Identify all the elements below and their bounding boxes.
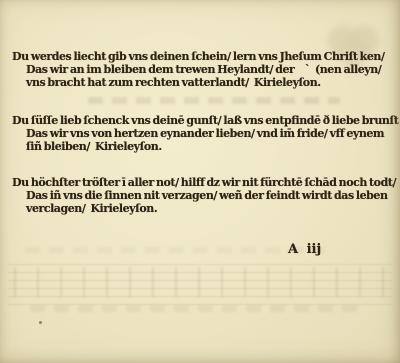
- stanza-line: ſiñ bleiben/ Kirieleyſon.: [12, 140, 394, 153]
- stanza-line: Du werdes liecht gib vns deinen ſchein/ …: [12, 50, 394, 63]
- stanza-line: Das iñ vns die ſinnen nit verzagen/ weñ …: [12, 189, 394, 202]
- music-stave-showthrough: [8, 264, 392, 310]
- stave-lines: [8, 264, 392, 310]
- hymn-stanza-3: Du höchſter tröſter ī aller not/ hilff d…: [12, 176, 394, 215]
- stanza-line: verclagen/ Kirieleyſon.: [12, 202, 394, 215]
- stanza-line: Du höchſter tröſter ī aller not/ hilff d…: [12, 176, 394, 189]
- stanza-line: vns bracht hat zum rechten vatterlandt/ …: [12, 76, 394, 89]
- showthrough-text-line: [88, 97, 340, 104]
- showthrough-text-line: [30, 305, 360, 312]
- stanza-line: Das wir an im bleiben dem trewen Heyland…: [12, 63, 394, 76]
- page: Du werdes liecht gib vns deinen ſchein/ …: [0, 0, 400, 363]
- showthrough-segments: [25, 247, 325, 253]
- showthrough-segments: [30, 305, 360, 312]
- stanza-line: Das wir vns von hertzen eynander lieben/…: [12, 127, 394, 140]
- hymn-stanza-1: Du werdes liecht gib vns deinen ſchein/ …: [12, 50, 394, 89]
- hymn-stanza-2: Du ſüſſe lieb ſchenck vns deinē gunſt/ l…: [12, 114, 394, 153]
- signature-mark: A iij: [288, 242, 321, 257]
- ink-speck: [39, 321, 42, 324]
- stanza-line: Du ſüſſe lieb ſchenck vns deinē gunſt/ l…: [12, 114, 394, 127]
- showthrough-segments: [88, 97, 340, 104]
- note-marks: [14, 267, 384, 297]
- showthrough-text-line: [25, 247, 325, 253]
